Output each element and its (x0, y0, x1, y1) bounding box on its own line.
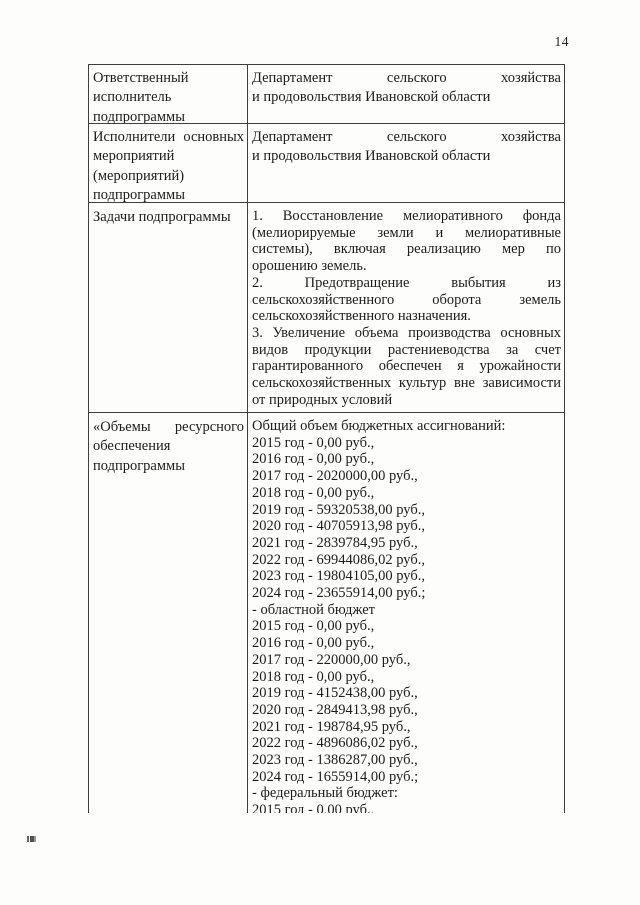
text-line: 2024 год - 1655914,00 руб.; (252, 769, 561, 786)
text-line: 2022 год - 69944086,02 руб., (252, 552, 561, 569)
text-line: от природных условий (252, 392, 561, 409)
text-line: Ответственный (93, 69, 244, 88)
text-line: подпрограммы (93, 457, 244, 476)
text-line: 2020 год - 2849413,98 руб., (252, 702, 561, 719)
text-line: подпрограммы (93, 186, 244, 203)
text-line: 2022 год - 4896086,02 руб., (252, 735, 561, 752)
text-line: 2017 год - 2020000,00 руб., (252, 468, 561, 485)
scanned-document-page: 14 Ответственныйисполнительподпрограммы … (0, 0, 640, 905)
row-resource-provision-volumes-label-cell: «Объемы ресурсногообеспеченияподпрограмм… (89, 413, 248, 813)
text-line: орошению земель. (252, 258, 561, 275)
text-line: 2023 год - 1386287,00 руб., (252, 752, 561, 769)
text-line: (мероприятий) (93, 167, 244, 186)
text-line: 2016 год - 0,00 руб., (252, 451, 561, 468)
text-line: системы), включая реализацию мер по (252, 241, 561, 258)
text-line: 2015 год - 0,00 руб., (252, 802, 561, 813)
text-line: сельскохозяйственного оборота земель (252, 292, 561, 309)
text-line: Департамент сельского хозяйства (252, 69, 561, 88)
text-line: 2021 год - 2839784,95 руб., (252, 535, 561, 552)
text-line: 2019 год - 4152438,00 руб., (252, 685, 561, 702)
text-line: сельскохозяйственного назначения. (252, 308, 561, 325)
row-responsible-executor-value-cell: Департамент сельского хозяйстваи продово… (248, 65, 565, 124)
row-subprogram-tasks-label-cell: Задачи подпрограммы (89, 203, 248, 413)
row-responsible-executor-label-cell: Ответственныйисполнительподпрограммы (89, 65, 248, 124)
text-line: 2. Предотвращение выбытия из (252, 275, 561, 292)
text-line: и продовольствия Ивановской области (252, 88, 561, 107)
text-line: сельскохозяйственных культур вне зависим… (252, 375, 561, 392)
text-line: 2015 год - 0,00 руб., (252, 618, 561, 635)
row-resource-provision-volumes-value-cell: Общий объем бюджетных ассигнований:2015 … (248, 413, 565, 813)
text-line: Задачи подпрограммы (93, 208, 244, 227)
text-line: 2018 год - 0,00 руб., (252, 669, 561, 686)
subprogram-passport-table: Ответственныйисполнительподпрограммы Деп… (88, 64, 565, 813)
text-line: Исполнители основных (93, 128, 244, 147)
text-line: исполнитель (93, 88, 244, 107)
text-line: подпрограммы (93, 108, 244, 124)
text-line: 2019 год - 59320538,00 руб., (252, 502, 561, 519)
row-main-activities-executors-label-cell: Исполнители основныхмероприятий(мероприя… (89, 124, 248, 203)
text-line: обеспечения (93, 437, 244, 456)
text-line: 2024 год - 23655914,00 руб.; (252, 585, 561, 602)
text-line: и продовольствия Ивановской области (252, 147, 561, 166)
text-line: мероприятий (93, 147, 244, 166)
row-main-activities-executors-value-cell: Департамент сельского хозяйстваи продово… (248, 124, 565, 203)
text-line: 2017 год - 220000,00 руб., (252, 652, 561, 669)
text-line: 2021 год - 198784,95 руб., (252, 719, 561, 736)
text-line: 2015 год - 0,00 руб., (252, 435, 561, 452)
text-line: «Объемы ресурсного (93, 418, 244, 437)
text-line: 2018 год - 0,00 руб., (252, 485, 561, 502)
text-line: Департамент сельского хозяйства (252, 128, 561, 147)
text-line: 2020 год - 40705913,98 руб., (252, 518, 561, 535)
text-line: гарантированного обеспечен я урожайности (252, 358, 561, 375)
text-line: 2016 год - 0,00 руб., (252, 635, 561, 652)
text-line: - областной бюджет (252, 602, 561, 619)
text-line: - федеральный бюджет: (252, 785, 561, 802)
text-line: Общий объем бюджетных ассигнований: (252, 418, 561, 435)
scan-artifact (27, 836, 36, 842)
text-line: 1. Восстановление мелиоративного фонда (252, 208, 561, 225)
text-line: видов продукции растениеводства за счет (252, 342, 561, 359)
text-line: 2023 год - 19804105,00 руб., (252, 568, 561, 585)
row-subprogram-tasks-value-cell: 1. Восстановление мелиоративного фонда(м… (248, 203, 565, 413)
text-line: (мелиорируемые земли и мелиоративные (252, 225, 561, 242)
page-number: 14 (555, 34, 570, 50)
text-line: 3. Увеличение объема производства основн… (252, 325, 561, 342)
